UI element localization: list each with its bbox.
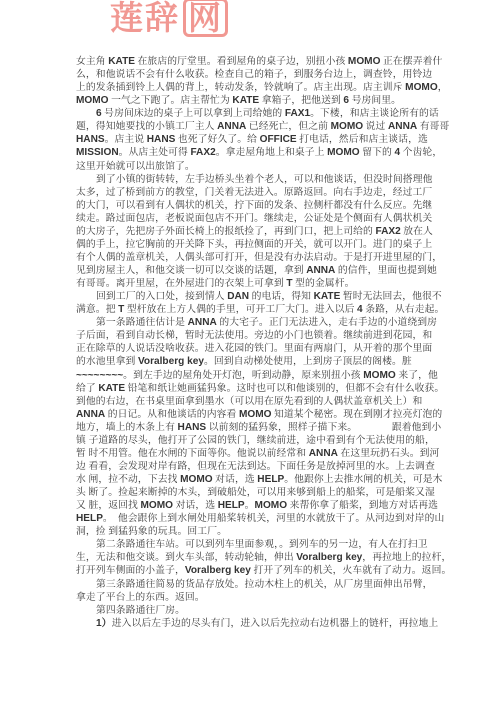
document-page: 莲辞网 女主角 KATE 在旅店的厅堂里。看到屋角的桌子边，别扭小孩 MOMO … (0, 0, 500, 707)
text-segment: 有哥哥。离开里屋，在外屋进门的衣架上可拿到 (76, 278, 286, 289)
watermark-text: 莲辞 (110, 0, 180, 37)
walkthrough-text-block: 女主角 KATE 在旅店的厅堂里。看到屋角的桌子边，别扭小孩 MOMO 正在摆弄… (76, 55, 436, 630)
keyword-segment: ANNA (306, 265, 335, 276)
text-segment: 。 他会跟你上到水闸处用船桨转机关，河里的水就放干了。从河边到对岸的山 (103, 513, 445, 524)
text-segment: 到他的右边，在书桌里面拿到墨水（可以用在原先看到的人偶状盖章机关上）和 (76, 396, 422, 407)
text-line: 1）进入以后左手边的尽头有门，进入以后先拉动右边机器上的链杆，再拉地上 (76, 617, 436, 630)
text-line: 么，和他说话不会有什么收获。检查自己的箱子，到服务台边上，调查铃，用铃边 (76, 68, 436, 81)
text-segment: 对话，选 (173, 500, 218, 511)
text-line: 续走。路过面包店，老板说面包店不开门。继续走，公证处是个侧面有人偶状机关 (76, 212, 436, 225)
text-segment: 见到房屋主人，和他交谈一切可以交谈的话题，拿到 (76, 265, 306, 276)
keyword-segment: ANNA (309, 448, 338, 459)
text-line: 头 断了。捡起来断掉的木头，到破船处，可以用来够到船上的船桨，可是船桨又湿 (76, 486, 436, 499)
text-line: 水 闸，拉不动，下去找 MOMO 对话，选 HELP。他跟你上去推水闸的机关，可… (76, 473, 436, 486)
text-line: 有个人偶的盖章机关，人偶头部可打开，但是没有办法启动。于是打开进里屋的门， (76, 251, 436, 264)
text-segment: 的日记。从和他谈话的内容看 (105, 409, 239, 420)
text-segment: 题，得知她要找的小镇工厂主人 (76, 121, 217, 132)
text-segment: 。店主说 (105, 134, 147, 145)
keyword-segment: FAX2 (375, 226, 400, 237)
keyword-segment: MOMO (348, 56, 381, 67)
keyword-segment: KATE (98, 383, 125, 394)
text-line: 题，得知她要找的小镇工厂主人 ANNA 已经死亡，但之前 MOMO 说过 ANN… (76, 120, 436, 133)
text-segment: 头 断了。捡起来断掉的木头，到破船处，可以用来够到船上的船桨，可是船桨又湿 (76, 487, 435, 498)
text-segment: 打开了列车的机关，火车就有了动力。返回。 (251, 565, 452, 576)
keyword-segment: MOMO (76, 95, 109, 106)
keyword-segment: HANS (76, 134, 105, 145)
text-line: 偶的手上，拉它胸前的开关降下头，再拉侧面的开关，就可以开门。进门的桌子上 (76, 238, 436, 251)
text-segment: 的大宅子。正门无法进入，走右手边的小道绕到房 (217, 317, 437, 328)
keyword-segment: ANNA (217, 121, 246, 132)
text-segment: 条路，从右走起。 (363, 304, 445, 315)
keyword-segment: HELP (257, 474, 284, 485)
keyword-segment: HELP (76, 513, 103, 524)
text-segment: 有哥哥 (417, 121, 449, 132)
keyword-segment: ANNA (76, 409, 105, 420)
text-line: 的水池里拿到 Voralberg key。回到自动梯处使用，上到房子顶层的阁楼。… (76, 355, 436, 368)
text-segment: 号房间床边的桌子上可以拿到上司给她的 (102, 108, 285, 119)
text-segment: 回到工厂的入口处，接到情人 (96, 291, 227, 302)
text-line: 第四条路通往厂房。 (76, 604, 436, 617)
text-segment: 的大房子，先把房子外面长椅上的报纸捡了，再到门口，把上司给的 (76, 226, 375, 237)
text-line: 到他的右边，在书桌里面拿到墨水（可以用在原先看到的人偶状盖章机关上）和 (76, 395, 436, 408)
text-line: ANNA 的日记。从和他谈话的内容看 MOMO 知道某个秘密。现在到刚才拉亮灯泡… (76, 408, 436, 421)
text-segment: 上的发条插到铃上人偶的背上，转动发条，铃就响了。店主出现。店主训斥 (76, 82, 405, 93)
keyword-segment: MISSION (76, 147, 119, 158)
text-segment: 知道某个秘密。现在到刚才拉亮灯泡的 (271, 409, 442, 420)
keyword-segment: FAX1 (285, 108, 310, 119)
text-segment: 偶的手上，拉它胸前的开关降下头，再拉侧面的开关，就可以开门。进门的桌子上 (76, 239, 432, 250)
text-line: 有哥哥。离开里屋，在外屋进门的衣架上可拿到 T 型的金属杆。 (76, 277, 436, 290)
text-segment: 来了，他 (396, 370, 438, 381)
text-segment: 有个人偶的盖章机关，人偶头部可打开，但是没有办法启动。于是打开进里屋的门， (76, 252, 442, 263)
text-segment: 已经死亡，但之前 (246, 121, 330, 132)
keyword-segment: HANS (178, 422, 207, 433)
text-line: 回到工厂的入口处，接到情人 DAN 的电话，得知 KATE 暂时无法回去，他很不 (76, 290, 436, 303)
keyword-segment: MOMO (239, 409, 272, 420)
text-segment: 又 脏，返回找 (76, 500, 140, 511)
keyword-segment: KATE (314, 291, 341, 302)
text-segment: 来帮你拿了船桨，到地方对话再选 (287, 500, 438, 511)
text-line: 打开列车侧面的小盖子，Voralberg key 打开了列车的机关，火车就有了动… (76, 564, 436, 577)
text-segment: 的电话，得知 (249, 291, 313, 302)
text-line: 第三条路通往简易的货品存放处。拉动木柱上的机关，从厂房里面伸出吊臂， (76, 578, 436, 591)
keyword-segment: 1） (96, 618, 112, 629)
text-segment: 拿箱子，把他送到 (259, 95, 343, 106)
text-segment: 打电话，然后和店主谈话，选 (297, 134, 428, 145)
text-line: MISSION。从店主处可得 FAX2。拿走屋角地上和桌子上 MOMO 留下的 … (76, 146, 436, 159)
text-segment: 第三条路通往简易的货品存放处。拉动木柱上的机关，从厂房里面伸出吊臂， (96, 579, 433, 590)
text-segment: 到了小镇的街转转，左手边桥头坐着个老人，可以和他谈话，但没时间搭理他 (96, 174, 433, 185)
keyword-segment: KATE (108, 56, 135, 67)
text-line: 地方，墙上的木条上有 HANS 以前刻的猛犸象，照样子描下来。 跟着他到小 (76, 421, 436, 434)
text-line: 第二条路通往车站。可以到列车里面参观，。到列车的另一边，有人在打扫卫 (76, 538, 436, 551)
text-line: 太多，过了桥到前方的教堂，门关着无法进入。原路返回。向右手边走，经过工厂 (76, 186, 436, 199)
text-segment: 的信件，里面也提到她 (335, 265, 437, 276)
text-segment: 。到左手边的屋角处开灯泡，听到动静，原来别扭小孩 (123, 370, 363, 381)
text-line: 给了 KATE 铅笔和纸让她画猛犸象。这时也可以和他谈别的，但都不会有什么收获。 (76, 382, 436, 395)
text-line: 生，无法和他交谈。到火车头部，转动轮轴，伸出 Voralberg key，再拉地… (76, 551, 436, 564)
text-segment: ，再拉地上的拉杆， (362, 552, 451, 563)
text-segment: 第一条路通往估计是 (96, 317, 188, 328)
text-segment: 子后面，看到自动长梯，暂时无法使用。旁边的小门也锁着。继续前进到花园，和 (76, 330, 432, 341)
text-line: 镇 子道路的尽头，他打开了公园的铁门，继续前进，途中看到有个无法使用的船， (76, 434, 436, 447)
text-segment: 边 看看，会发现对岸有路，但现在无法到达。下面任务是放掉河里的水。上去调查 (76, 461, 435, 472)
text-line: 正在除草的人说话没啥收获。进入花园的铁门。里面有两扇门，从开着的那个里面 (76, 342, 436, 355)
keyword-segment: MOMO (405, 82, 438, 93)
keyword-segment: DAN (227, 291, 249, 302)
keyword-segment: ANNA (388, 121, 417, 132)
text-line: 子后面，看到自动长梯，暂时无法使用。旁边的小门也锁着。继续前进到花园，和 (76, 329, 436, 342)
keyword-segment: ~~~~~~~~ (76, 370, 123, 381)
keyword-segment: HANS (147, 134, 176, 145)
text-line: 满意。把 T 型杆放在上方人偶的手里，可开工厂大门。进入以后 4 条路，从右走起… (76, 303, 436, 316)
text-line: 到了小镇的街转转，左手边桥头坐着个老人，可以和他谈话，但没时间搭理他 (76, 173, 436, 186)
text-segment: 太多，过了桥到前方的教堂，门关着无法进入。原路返回。向右手边走，经过工厂 (76, 187, 432, 198)
keyword-segment: MOMO (180, 474, 213, 485)
keyword-segment: MOMO (255, 500, 288, 511)
text-segment: 。从店主处可得 (119, 147, 191, 158)
keyword-segment: KATE (232, 95, 259, 106)
text-segment: 第四条路通往厂房。 (96, 605, 185, 616)
keyword-segment: MOMO (140, 500, 173, 511)
text-segment: 个齿轮， (400, 147, 442, 158)
text-segment: 么，和他说话不会有什么收获。检查自己的箱子，到服务台边上，调查铃，用铃边 (76, 69, 432, 80)
keyword-segment: MOMO (331, 121, 364, 132)
keyword-segment: MOMO (327, 147, 360, 158)
keyword-segment: OFFICE (260, 134, 297, 145)
text-segment: 在这里玩扔石头。到河 (338, 448, 440, 459)
keyword-segment: HELP (218, 500, 245, 511)
text-segment: 跟着他到小 (392, 422, 441, 433)
text-line: 暂 时不用管。他在水闸的下面等你。他说以前经常和 ANNA 在这里玩扔石头。到河 (76, 447, 436, 460)
text-line: HELP。 他会跟你上到水闸处用船桨转机关，河里的水就放干了。从河边到对岸的山 (76, 512, 436, 525)
text-line: 洞，捡 到猛犸象的玩具。回工厂。 (76, 525, 436, 538)
text-segment: 洞，捡 到猛犸象的玩具。回工厂。 (76, 526, 227, 537)
keyword-segment: MOMO (363, 370, 396, 381)
text-line: 第一条路通往估计是 ANNA 的大宅子。正门无法进入，走右手边的小道绕到房 (76, 316, 436, 329)
site-watermark-logo: 莲辞网 (110, 0, 228, 39)
text-segment: 型的金属杆。 (293, 278, 355, 289)
text-segment: 给了 (76, 383, 98, 394)
text-segment: 第二条路通往车站。可以到列车里面参观，。到列车的另一边，有人在打扫卫 (96, 539, 428, 550)
text-line: 见到房屋主人，和他交谈一切可以交谈的话题，拿到 ANNA 的信件，里面也提到她 (76, 264, 436, 277)
text-segment: 生，无法和他交谈。到火车头部，转动轮轴，伸出 (76, 552, 296, 563)
text-segment: 。他跟你上去推水闸的机关，可是木 (284, 474, 442, 485)
text-segment: 。 (245, 500, 255, 511)
text-segment: 正在摆弄着什 (380, 56, 442, 67)
text-segment: 正在除草的人说话没啥收获。进入花园的铁门。里面有两扇门，从开着的那个里面 (76, 343, 432, 354)
text-segment: 说过 (363, 121, 388, 132)
text-line: 上的发条插到铃上人偶的背上，转动发条，铃就响了。店主出现。店主训斥 MOMO， (76, 81, 436, 94)
text-segment: 。回到自动梯处使用，上到房子顶层的阁楼。脏 (204, 356, 412, 367)
text-segment: 号房间里。 (349, 95, 401, 106)
text-line: HANS。店主说 HANS 也死了好久了。给 OFFICE 打电话，然后和店主谈… (76, 133, 436, 146)
text-segment: 水 闸，拉不动，下去找 (76, 474, 180, 485)
text-segment: 拿走了平台上的东西。返回。 (76, 592, 205, 603)
text-segment: 在旅店的厅堂里。看到屋角的桌子边，别扭小孩 (135, 56, 348, 67)
text-segment: 暂时无法回去，他很不 (340, 291, 442, 302)
text-segment: 打开列车侧面的小盖子， (76, 565, 185, 576)
keyword-segment: Voralberg key (138, 356, 204, 367)
text-segment: 满意。把 (76, 304, 118, 315)
text-line: 这里开始就可以出旅馆了。 (76, 160, 436, 173)
text-segment: 暂 时不用管。他在水闸的下面等你。他说以前经常和 (76, 448, 309, 459)
text-segment: 也死了好久了。给 (175, 134, 259, 145)
text-segment: 镇 子道路的尽头，他打开了公园的铁门，继续前进，途中看到有个无法使用的船， (76, 435, 435, 446)
text-line: 又 脏，返回找 MOMO 对话，选 HELP。MOMO 来帮你拿了船桨，到地方对… (76, 499, 436, 512)
text-segment: 留下的 (360, 147, 395, 158)
keyword-segment: Voralberg key (296, 552, 362, 563)
text-segment: ， (438, 82, 448, 93)
text-segment (352, 422, 392, 433)
text-segment: 以前刻的猛犸象，照样子描下来。 (206, 422, 352, 433)
text-line: 6 号房间床边的桌子上可以拿到上司给她的 FAX1。下楼，和店主谈论所有的话 (76, 107, 436, 120)
text-line: 的大房子，先把房子外面长椅上的报纸捡了，再到门口，把上司给的 FAX2 放在人 (76, 225, 436, 238)
text-segment: 。下楼，和店主谈论所有的话 (310, 108, 439, 119)
watermark-boxed-char: 网 (183, 0, 228, 37)
text-line: ~~~~~~~~。到左手边的屋角处开灯泡，听到动静，原来别扭小孩 MOMO 来了… (76, 369, 436, 382)
text-segment: 放在人 (401, 226, 433, 237)
text-segment: 一气之下跑了。店主帮忙为 (109, 95, 233, 106)
text-segment: 的水池里拿到 (76, 356, 138, 367)
text-line: MOMO 一气之下跑了。店主帮忙为 KATE 拿箱子，把他送到 6 号房间里。 (76, 94, 436, 107)
text-segment: 地方，墙上的木条上有 (76, 422, 178, 433)
keyword-segment: FAX2 (190, 147, 215, 158)
text-segment: 续走。路过面包店，老板说面包店不开门。继续走，公证处是个侧面有人偶状机关 (76, 213, 432, 224)
keyword-segment: Voralberg key (185, 565, 251, 576)
text-line: 边 看看，会发现对岸有路，但现在无法到达。下面任务是放掉河里的水。上去调查 (76, 460, 436, 473)
text-segment: 的大门，可以看到有人偶状的机关，拧下面的发条、拉侧杆都没有什么反应。先继 (76, 200, 432, 211)
keyword-segment: ANNA (188, 317, 217, 328)
text-segment: 铅笔和纸让她画猛犸象。这时也可以和他谈别的，但都不会有什么收获。 (125, 383, 444, 394)
text-segment: 女主角 (76, 56, 108, 67)
text-segment: 这里开始就可以出旅馆了。 (76, 161, 195, 172)
text-segment: 对话，选 (213, 474, 258, 485)
text-segment: 型杆放在上方人偶的手里，可开工厂大门。进入以后 (124, 304, 357, 315)
text-line: 拿走了平台上的东西。返回。 (76, 591, 436, 604)
text-line: 的大门，可以看到有人偶状的机关，拧下面的发条、拉侧杆都没有什么反应。先继 (76, 199, 436, 212)
text-line: 女主角 KATE 在旅店的厅堂里。看到屋角的桌子边，别扭小孩 MOMO 正在摆弄… (76, 55, 436, 68)
text-segment: 进入以后左手边的尽头有门，进入以后先拉动右边机器上的链杆，再拉地上 (112, 618, 439, 629)
text-segment: 。拿走屋角地上和桌子上 (216, 147, 327, 158)
